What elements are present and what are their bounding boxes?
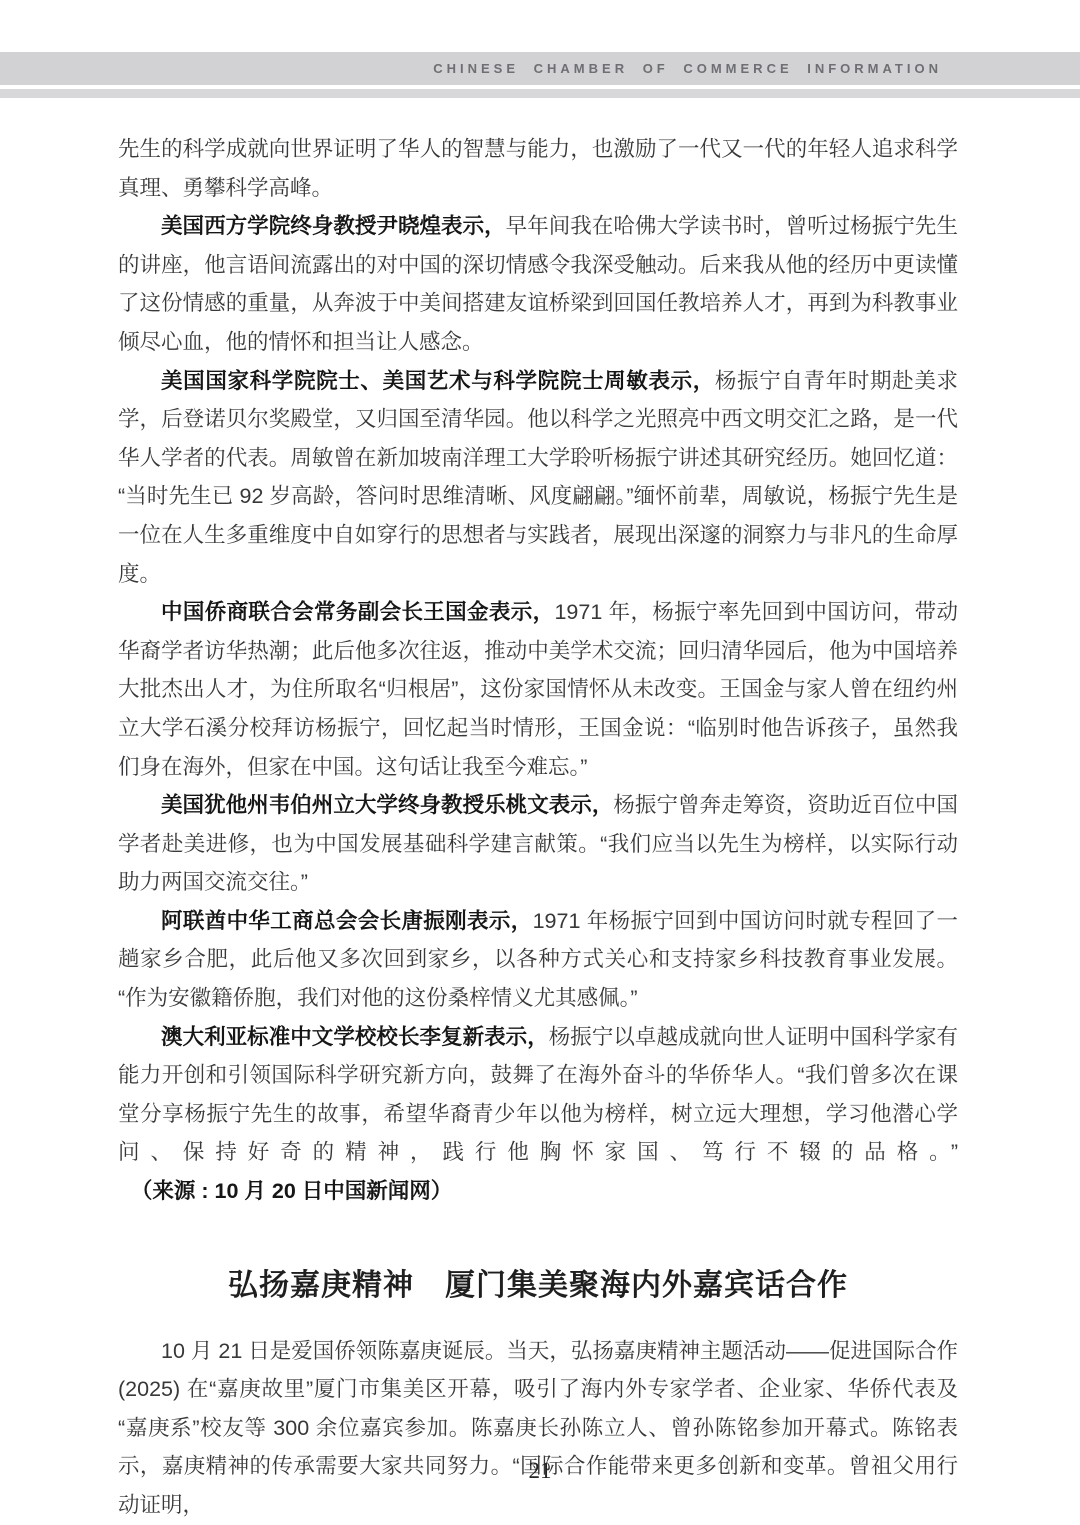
speaker-lead: 阿联酋中华工商总会会长唐振刚表示，: [161, 909, 533, 933]
paragraph-text: 先生的科学成就向世界证明了华人的智慧与能力，也激励了一代又一代的年轻人追求科学真…: [118, 137, 958, 200]
paragraph-text: 1971 年，杨振宁率先回到中国访问，带动华裔学者访华热潮；此后他多次往返，推动…: [118, 600, 958, 778]
paragraph-text: 杨振宁自青年时期赴美求学，后登诺贝尔奖殿堂，又归国至清华园。他以科学之光照亮中西…: [118, 369, 958, 586]
header-banner-text: CHINESE CHAMBER OF COMMERCE INFORMATION: [433, 61, 1080, 76]
article-title: 弘扬嘉庚精神 厦门集美聚海内外嘉宾话合作: [118, 1266, 958, 1306]
header-banner-bar: CHINESE CHAMBER OF COMMERCE INFORMATION: [0, 52, 1080, 85]
document-page: CHINESE CHAMBER OF COMMERCE INFORMATION …: [0, 0, 1080, 1525]
article-body: 先生的科学成就向世界证明了华人的智慧与能力，也激励了一代又一代的年轻人追求科学真…: [118, 130, 958, 1525]
paragraph: 阿联酋中华工商总会会长唐振刚表示，1971 年杨振宁回到中国访问时就专程回了一趟…: [118, 902, 958, 1018]
source-note: （来源 : 10 月 20 日中国新闻网）: [118, 1179, 452, 1203]
paragraph: 中国侨商联合会常务副会长王国金表示，1971 年，杨振宁率先回到中国访问，带动华…: [118, 593, 958, 786]
page-number: 21: [0, 1458, 1080, 1484]
speaker-lead: 美国西方学院终身教授尹晓煌表示，: [161, 214, 506, 238]
speaker-lead: 美国国家科学院院士、美国艺术与科学院院士周敏表示，: [161, 369, 715, 393]
speaker-lead: 澳大利亚标准中文学校校长李复新表示，: [161, 1025, 549, 1049]
paragraph: 澳大利亚标准中文学校校长李复新表示，杨振宁以卓越成就向世人证明中国科学家有能力开…: [118, 1018, 958, 1211]
paragraph: 先生的科学成就向世界证明了华人的智慧与能力，也激励了一代又一代的年轻人追求科学真…: [118, 130, 958, 207]
paragraph: 10 月 21 日是爱国侨领陈嘉庚诞辰。当天，弘扬嘉庚精神主题活动——促进国际合…: [118, 1332, 958, 1525]
paragraph: 美国犹他州韦伯州立大学终身教授乐桃文表示，杨振宁曾奔走筹资，资助近百位中国学者赴…: [118, 786, 958, 902]
paragraph: 美国国家科学院院士、美国艺术与科学院院士周敏表示，杨振宁自青年时期赴美求学，后登…: [118, 362, 958, 594]
speaker-lead: 中国侨商联合会常务副会长王国金表示，: [161, 600, 554, 624]
paragraph: 美国西方学院终身教授尹晓煌表示，早年间我在哈佛大学读书时，曾听过杨振宁先生的讲座…: [118, 207, 958, 361]
speaker-lead: 美国犹他州韦伯州立大学终身教授乐桃文表示，: [161, 793, 613, 817]
paragraph-text: 10 月 21 日是爱国侨领陈嘉庚诞辰。当天，弘扬嘉庚精神主题活动——促进国际合…: [118, 1339, 958, 1517]
header-rule-bar: [0, 89, 1080, 98]
